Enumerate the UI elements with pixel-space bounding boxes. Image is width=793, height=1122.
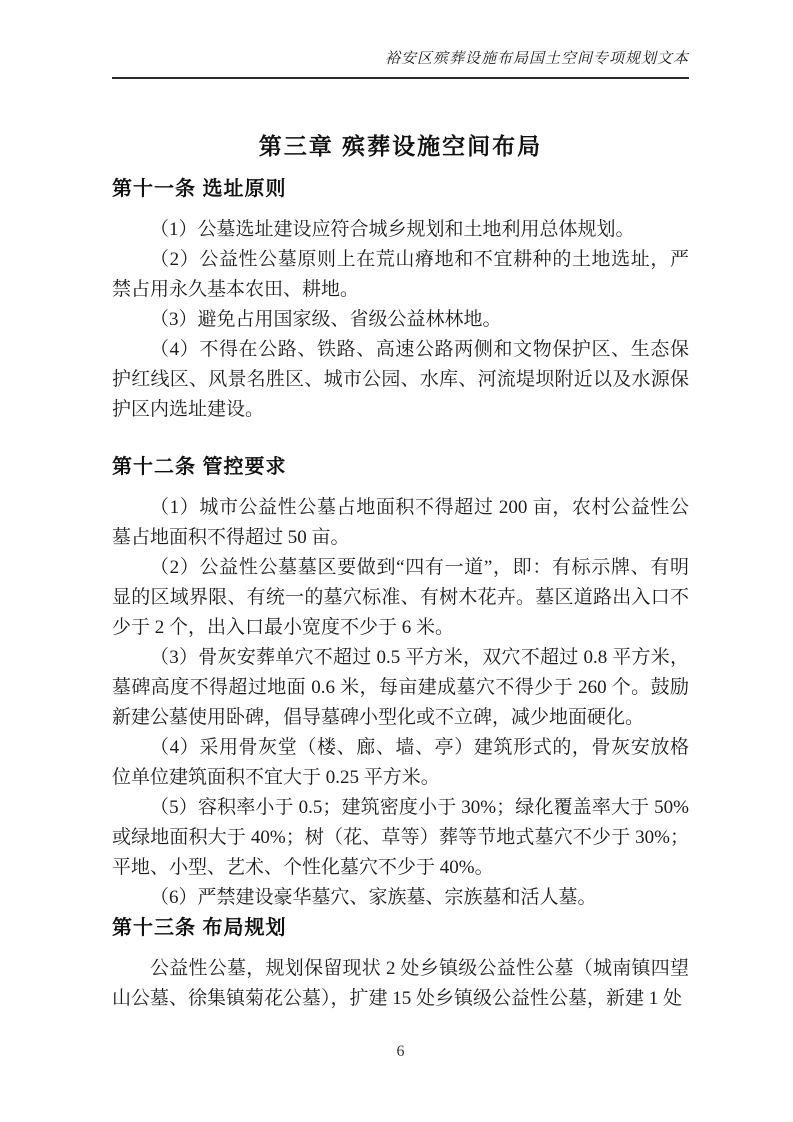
chapter-title: 第三章 殡葬设施空间布局 <box>112 129 689 163</box>
section-layout-planning: 第十三条 布局规划 公益性公墓，规划保留现状 2 处乡镇级公益性公墓（城南镇四望… <box>112 913 689 1014</box>
section-heading-article-12: 第十二条 管控要求 <box>112 452 689 482</box>
page-footer: 6 <box>112 1042 689 1122</box>
section-heading-article-13: 第十三条 布局规划 <box>112 913 689 943</box>
running-header: 裕安区殡葬设施布局国土空间专项规划文本 <box>112 48 689 79</box>
paragraph: （4）采用骨灰堂（楼、廊、墙、亭）建筑形式的，骨灰安放格位单位建筑面积不宜大于 … <box>112 733 689 793</box>
section-control-requirements: 第十二条 管控要求 （1）城市公益性公墓占地面积不得超过 200 亩，农村公益性… <box>112 425 689 913</box>
document-page: 裕安区殡葬设施布局国土空间专项规划文本 第三章 殡葬设施空间布局 第十一条 选址… <box>0 0 793 1122</box>
paragraph: （6）严禁建设豪华墓穴、家族墓、宗族墓和活人墓。 <box>112 883 689 913</box>
paragraph: （2）公益性公墓墓区要做到“四有一道”，即：有标示牌、有明显的区域界限、有统一的… <box>112 553 689 643</box>
paragraph: （3）骨灰安葬单穴不超过 0.5 平方米，双穴不超过 0.8 平方米，墓碑高度不… <box>112 643 689 733</box>
paragraph: （1）城市公益性公墓占地面积不得超过 200 亩，农村公益性公墓占地面积不得超过… <box>112 493 689 553</box>
paragraph: （2）公益性公墓原则上在荒山瘠地和不宜耕种的土地选址，严禁占用永久基本农田、耕地… <box>112 245 689 305</box>
paragraph: （5）容积率小于 0.5；建筑密度小于 30%；绿化覆盖率大于 50%或绿地面积… <box>112 793 689 883</box>
paragraph: （4）不得在公路、铁路、高速公路两侧和文物保护区、生态保护红线区、风景名胜区、城… <box>112 335 689 425</box>
paragraph: 公益性公墓，规划保留现状 2 处乡镇级公益性公墓（城南镇四望山公墓、徐集镇菊花公… <box>112 954 689 1014</box>
paragraph: （1）公墓选址建设应符合城乡规划和土地利用总体规划。 <box>112 215 689 245</box>
page-number: 6 <box>397 1043 405 1060</box>
paragraph: （3）避免占用国家级、省级公益林林地。 <box>112 305 689 335</box>
section-heading-article-11: 第十一条 选址原则 <box>112 174 689 204</box>
running-header-text: 裕安区殡葬设施布局国土空间专项规划文本 <box>385 51 689 67</box>
section-site-selection: 第十一条 选址原则 （1）公墓选址建设应符合城乡规划和土地利用总体规划。 （2）… <box>112 163 689 425</box>
